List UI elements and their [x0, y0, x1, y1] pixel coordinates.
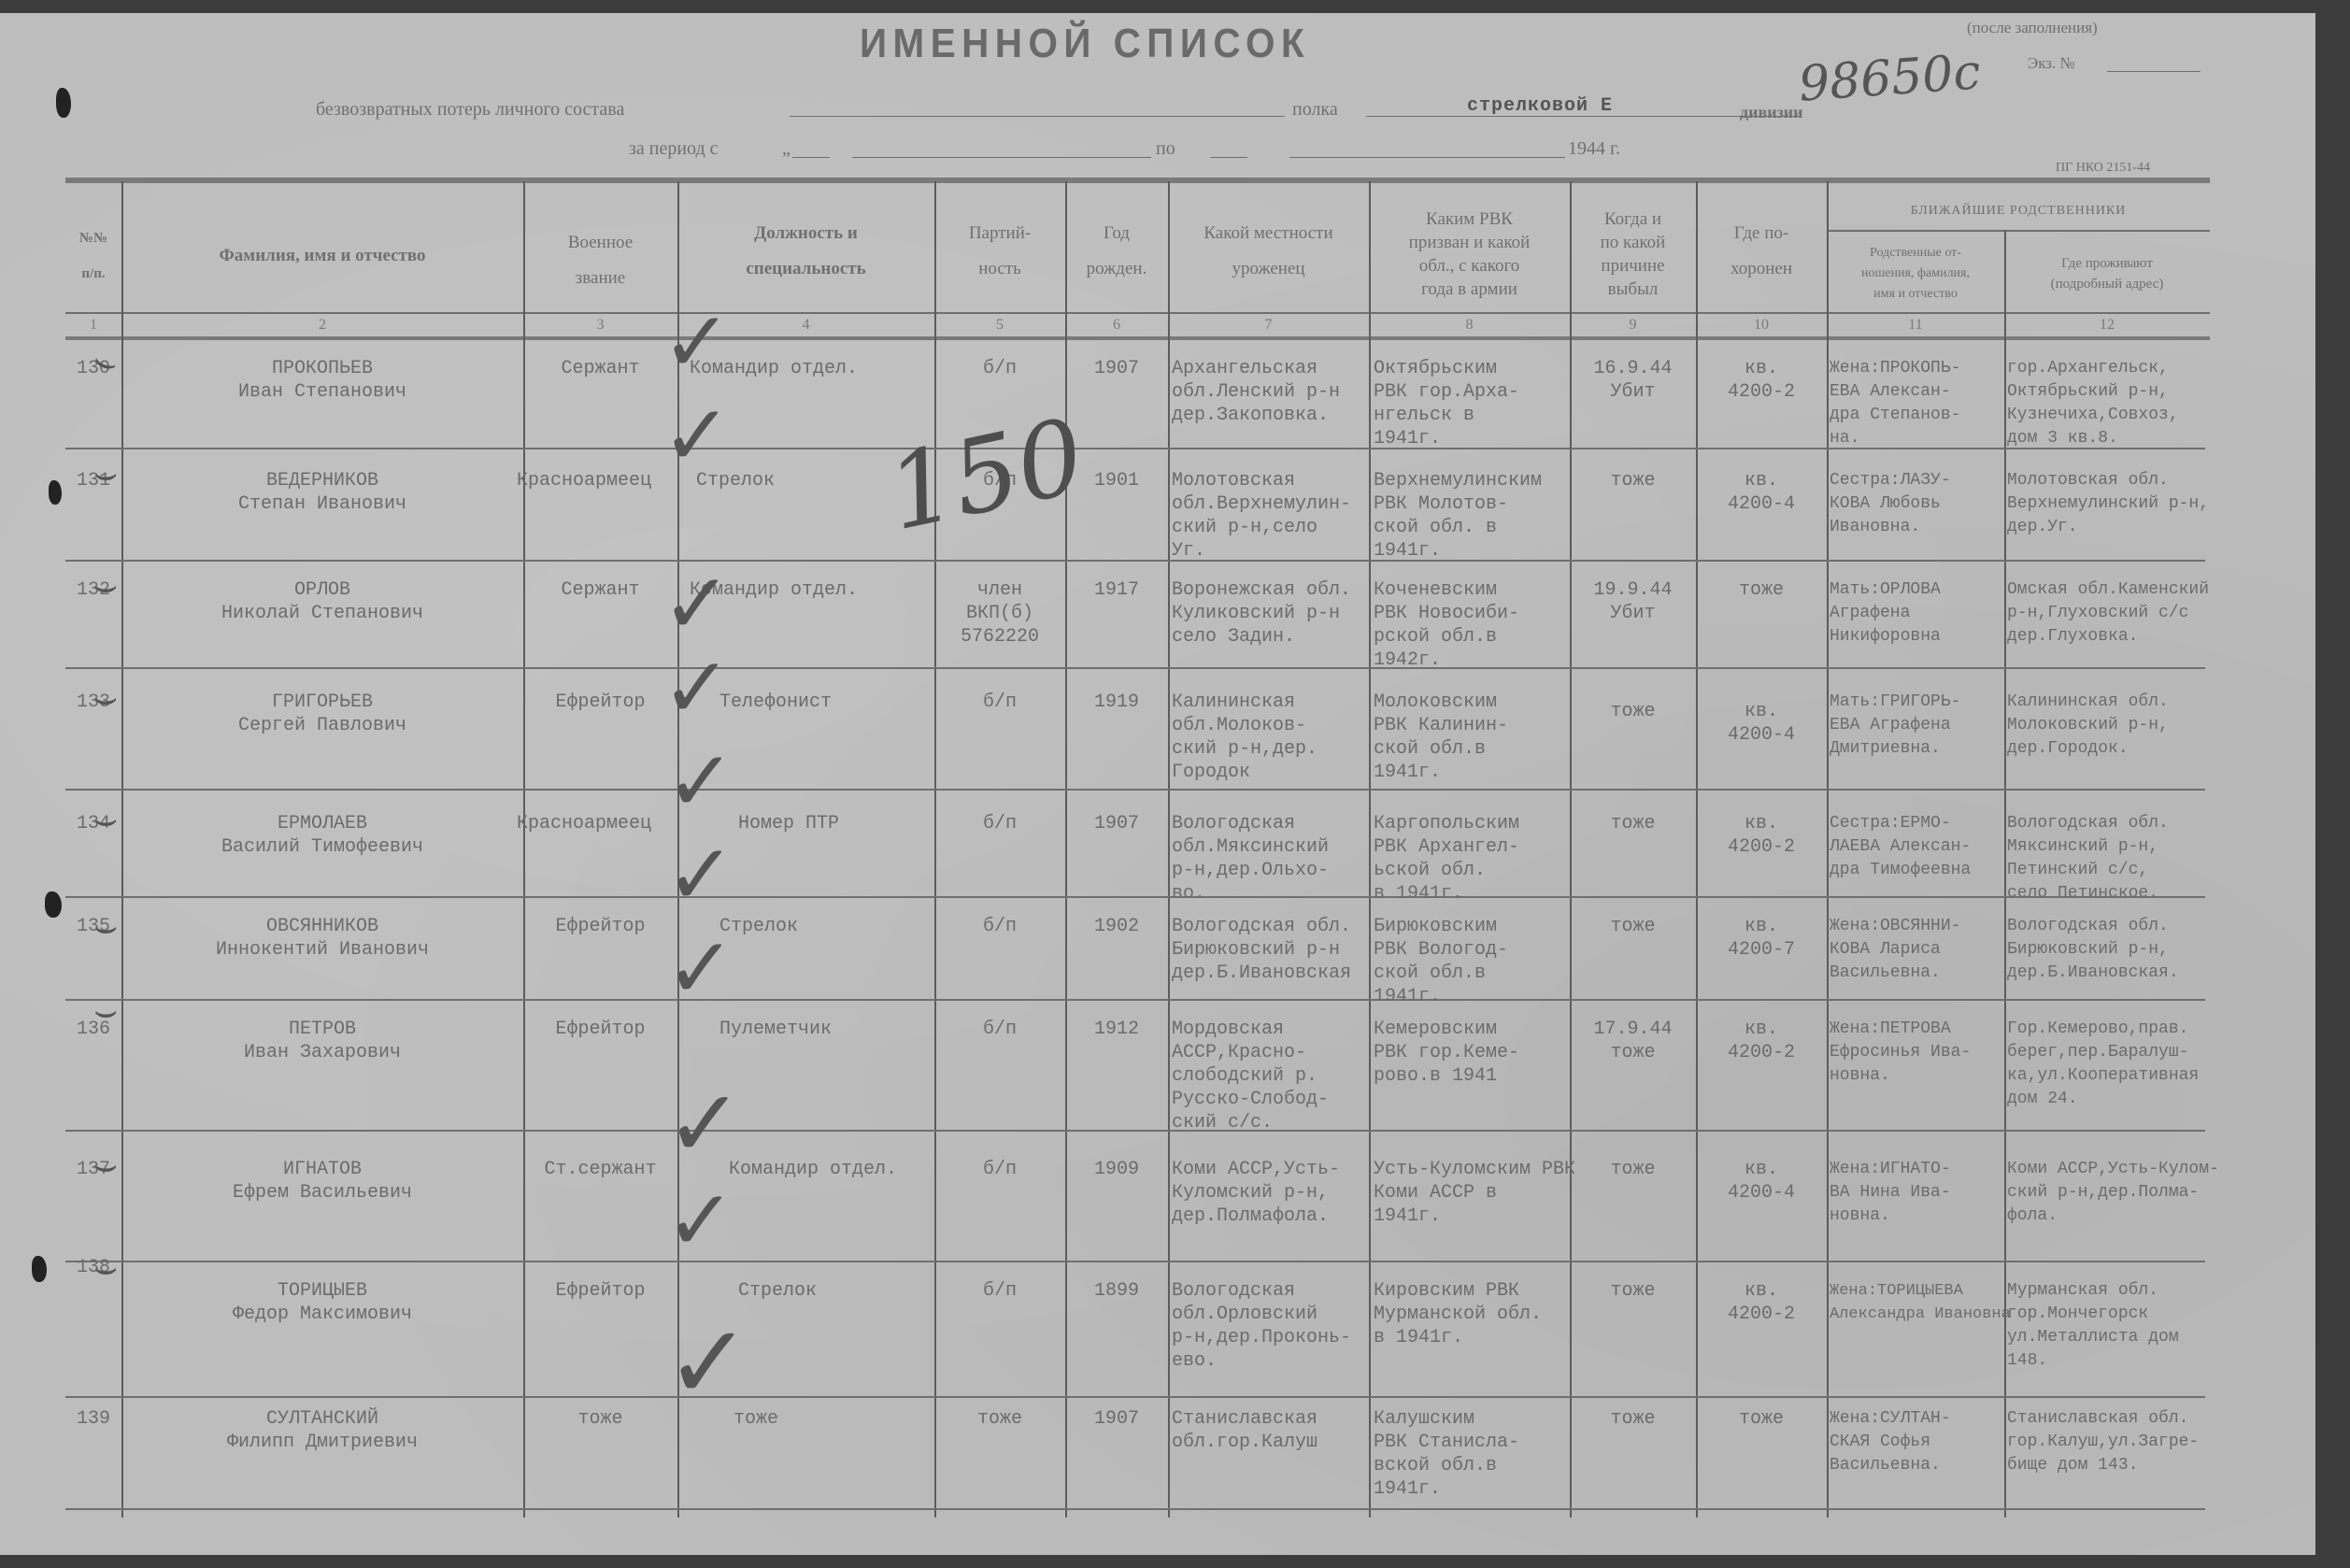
row-when-left: 16.9.44 Убит — [1570, 357, 1696, 404]
col-divider — [1168, 181, 1170, 1518]
header-number: №№ п/п. — [65, 205, 121, 307]
header-text: Год — [1104, 216, 1130, 251]
header-text: №№ — [79, 221, 107, 256]
row-rule — [65, 999, 2205, 1001]
header-text: уроженец — [1232, 251, 1304, 287]
row-relative: Жена:СУЛТАН- СКАЯ Софья Васильевна. — [1830, 1407, 1951, 1477]
column-number: 2 — [121, 317, 523, 334]
header-text: специальность — [746, 251, 865, 287]
row-birth-year: 1899 — [1065, 1279, 1168, 1303]
row-when-left: тоже — [1570, 469, 1696, 492]
margin-tick-icon: ⌣ — [93, 1247, 118, 1290]
period-to-day-line — [1210, 157, 1247, 158]
header-text: причине — [1601, 254, 1664, 278]
row-rule — [65, 789, 2205, 791]
header-text: призван и какой — [1409, 231, 1531, 254]
row-rule — [65, 896, 2205, 898]
header-text: рожден. — [1087, 251, 1147, 287]
row-rule — [65, 1130, 2205, 1132]
col-divider — [934, 181, 936, 1518]
row-rule — [65, 667, 2205, 669]
header-text: Где проживают — [2061, 253, 2153, 274]
row-address: Вологодская обл. Мяксинский р-н, Петинск… — [2007, 812, 2169, 905]
col-divider — [1827, 181, 1829, 1518]
row-when-left: 19.9.44 Убит — [1570, 578, 1696, 625]
row-given-names: Филипп Дмитриевич — [121, 1431, 523, 1454]
column-number: 12 — [2004, 317, 2210, 334]
row-when-left: тоже — [1570, 915, 1696, 938]
header-text: Родственные от- — [1870, 243, 1961, 264]
row-birth-year: 1907 — [1065, 357, 1168, 380]
row-relative: Жена:ТОРИЦЫЕВА Александра Ивановна — [1830, 1279, 2011, 1326]
margin-tick-icon: ⌣ — [93, 990, 118, 1033]
table-top-rule — [65, 178, 2210, 183]
period-to-month-line — [1289, 157, 1565, 158]
row-draft-office: Кемеровским РВК гор.Кеме- рово.в 1941 — [1374, 1018, 1519, 1088]
column-number: 6 — [1065, 317, 1168, 334]
checkmark-icon: ✓ — [665, 1069, 744, 1178]
row-birth-year: 1907 — [1065, 1407, 1168, 1431]
row-birthplace: Коми АССР,Усть- Куломский р-н, дер.Полма… — [1172, 1158, 1340, 1228]
row-number: 139 — [65, 1407, 121, 1431]
header-birthplace: Какой местности уроженец — [1168, 205, 1369, 298]
row-relative: Сестра:ЕРМО- ЛАЕВА Алексан- дра Тимофеев… — [1830, 812, 1971, 882]
row-when-left: тоже — [1570, 700, 1696, 723]
row-relative: Жена:ОВСЯННИ- КОВА Лариса Васильевна. — [1830, 915, 1960, 985]
header-birth-year: Год рожден. — [1065, 205, 1168, 298]
row-rank: Ефрейтор — [523, 915, 677, 938]
row-address: Омская обл.Каменский р-н,Глуховский с/с … — [2007, 578, 2209, 649]
row-draft-office: Коченевским РВК Новосиби- рской обл.в 19… — [1374, 578, 1519, 672]
header-text: Каким РВК — [1426, 207, 1513, 231]
header-text: ношения, фамилия, — [1861, 264, 1970, 284]
row-birthplace: Молотовская обл.Верхнемулин- ский р-н,се… — [1172, 469, 1351, 563]
row-position: Стрелок — [738, 1279, 817, 1303]
row-party: б/п — [934, 1018, 1065, 1041]
header-text: Должность и — [754, 216, 858, 251]
column-number: 3 — [523, 317, 677, 334]
row-party: б/п — [934, 812, 1065, 835]
row-when-left: 17.9.44 тоже — [1570, 1018, 1696, 1064]
row-draft-office: Усть-Куломским РВК Коми АССР в 1941г. — [1374, 1158, 1575, 1228]
row-position: Телефонист — [719, 691, 832, 714]
row-position: Командир отдел. — [729, 1158, 897, 1181]
header-text: Какой местности — [1203, 216, 1332, 251]
row-birth-year: 1917 — [1065, 578, 1168, 602]
row-burial-place: кв. 4200-4 — [1696, 700, 1827, 747]
row-position: Номер ПТР — [738, 812, 839, 835]
row-rank: Ефрейтор — [523, 1279, 677, 1303]
checkmark-icon: ✓ — [662, 639, 732, 737]
header-position: Должность и специальность — [677, 205, 934, 298]
row-address: Станиславская обл. гор.Калуш,ул.Загре- б… — [2007, 1407, 2199, 1477]
row-burial-place: кв. 4200-2 — [1696, 1018, 1827, 1064]
row-relative: Мать:ОРЛОВА Аграфена Никифоровна — [1830, 578, 1941, 649]
column-number: 8 — [1369, 317, 1570, 334]
header-text: хоронен — [1730, 251, 1792, 287]
relatives-group-rule — [1827, 230, 2210, 232]
header-text: года в армии — [1421, 278, 1517, 301]
row-relative: Жена:ИГНАТО- ВА Нина Ива- новна. — [1830, 1158, 1951, 1228]
row-surname: СУЛТАНСКИЙ — [121, 1407, 523, 1431]
row-surname: ЕРМОЛАЕВ — [121, 812, 523, 835]
header-text: по какой — [1601, 231, 1666, 254]
ink-blot — [45, 891, 62, 918]
row-given-names: Федор Максимович — [121, 1303, 523, 1326]
period-label: за период с — [629, 138, 719, 160]
period-to-label: по — [1156, 138, 1175, 160]
row-rank: Ефрейтор — [523, 1018, 677, 1041]
row-burial-place: тоже — [1696, 1407, 1827, 1431]
header-text: звание — [576, 261, 625, 296]
row-party: б/п — [934, 1158, 1065, 1181]
column-number-rule — [65, 336, 2210, 340]
header-text: п/п. — [81, 256, 105, 292]
row-birthplace: Воронежская обл. Куликовский р-н село За… — [1172, 578, 1351, 649]
after-fill-note: (после заполнения) — [1967, 19, 2098, 37]
header-text: Фамилия, имя и отчество — [219, 238, 425, 274]
row-draft-office: Каргопольским РВК Архангел- ьской обл. в… — [1374, 812, 1519, 905]
row-relative: Мать:ГРИГОРЬ- ЕВА Аграфена Дмитриевна. — [1830, 691, 1960, 761]
row-relative: Сестра:ЛАЗУ- КОВА Любовь Ивановна. — [1830, 469, 1951, 539]
ink-blot — [49, 480, 62, 505]
margin-tick-icon: ⌣ — [93, 1144, 118, 1187]
row-surname: ВЕДЕРНИКОВ — [121, 469, 523, 492]
margin-tick-icon: ⌣ — [93, 452, 118, 495]
document-page: ИМЕННОЙ СПИСОК (после заполнения) Экз. №… — [0, 13, 2315, 1555]
header-text: имя и отчество — [1873, 284, 1958, 305]
row-burial-place: кв. 4200-2 — [1696, 812, 1827, 859]
row-birthplace: Станиславская обл.гор.Калуш — [1172, 1407, 1317, 1454]
handwritten-mark-150: 150 — [877, 396, 1094, 554]
row-address: гор.Архангельск, Октябрьский р-н, Кузнеч… — [2007, 357, 2179, 450]
header-text: Партий- — [969, 216, 1031, 251]
row-draft-office: Кировским РВК Мурманской обл. в 1941г. — [1374, 1279, 1542, 1349]
row-burial-place: тоже — [1696, 578, 1827, 602]
header-text: Где по- — [1734, 216, 1788, 251]
period-from-quote: „ — [782, 138, 790, 160]
row-birthplace: Архангельская обл.Ленский р-н дер.Закопо… — [1172, 357, 1340, 427]
losses-fill-line — [790, 116, 1285, 117]
row-burial-place: кв. 4200-2 — [1696, 357, 1827, 404]
margin-tick-icon: ⌣ — [93, 798, 118, 841]
row-rule — [65, 1396, 2205, 1398]
subtitle-losses: безвозвратных потерь личного состава — [316, 99, 624, 121]
checkmark-icon: ✓ — [665, 826, 735, 924]
row-rank: Сержант — [523, 357, 677, 380]
row-relative: Жена:ПЕТРОВА Ефросинья Ива- новна. — [1830, 1018, 1971, 1088]
header-text: (подробный адрес) — [2051, 274, 2164, 294]
checkmark-icon: ✓ — [665, 919, 735, 1018]
header-text: выбыл — [1608, 278, 1659, 301]
row-rank: Ст.сержант — [523, 1158, 677, 1181]
row-surname: ПЕТРОВ — [121, 1018, 523, 1041]
row-rank: Красноармеец — [517, 812, 651, 835]
document-title: ИМЕННОЙ СПИСОК — [860, 21, 1310, 67]
row-burial-place: кв. 4200-7 — [1696, 915, 1827, 962]
col-divider — [1065, 181, 1067, 1518]
row-address: Вологодская обл. Бирюковский р-н, дер.Б.… — [2007, 915, 2179, 985]
row-address: Калининская обл. Молоковский р-н, дер.Го… — [2007, 691, 2169, 761]
header-relative-name: Родственные от- ношения, фамилия, имя и … — [1827, 237, 2004, 310]
row-birthplace: Вологодская обл.Орловский р-н,дер.Прокон… — [1172, 1279, 1351, 1373]
header-when-left: Когда и по какой причине выбыл — [1570, 200, 1696, 307]
row-address: Коми АССР,Усть-Кулом- ский р-н,дер.Полма… — [2007, 1158, 2219, 1228]
row-draft-office: Молоковским РВК Калинин- ской обл.в 1941… — [1374, 691, 1508, 784]
division-stamp: стрелковой Е — [1467, 95, 1613, 117]
row-given-names: Иван Степанович — [121, 380, 523, 404]
column-number: 1 — [65, 317, 121, 334]
row-draft-office: Калушским РВК Станисла- вской обл.в 1941… — [1374, 1407, 1519, 1501]
row-surname: ТОРИЦЫЕВ — [121, 1279, 523, 1303]
row-address: Молотовская обл. Верхнемулинский р-н, де… — [2007, 469, 2209, 539]
row-draft-office: Октябрьским РВК гор.Арха- нгельск в 1941… — [1374, 357, 1519, 450]
row-surname: ОРЛОВ — [121, 578, 523, 602]
row-birthplace: Мордовская АССР,Красно- слободский р. Ру… — [1172, 1018, 1329, 1134]
row-address: Гор.Кемерово,прав. берег,пер.Баралуш- ка… — [2007, 1018, 2199, 1111]
header-burial-place: Где по- хоронен — [1696, 205, 1827, 298]
row-given-names: Степан Иванович — [121, 492, 523, 516]
row-when-left: тоже — [1570, 1279, 1696, 1303]
header-full-name: Фамилия, имя и отчество — [121, 205, 523, 307]
row-birth-year: 1907 — [1065, 812, 1168, 835]
header-text: Военное — [568, 225, 633, 261]
row-burial-place: кв. 4200-4 — [1696, 469, 1827, 516]
margin-tick-icon: ⌣ — [93, 564, 118, 607]
column-number: 5 — [934, 317, 1065, 334]
row-rule — [65, 1261, 2205, 1262]
checkmark-icon: ✓ — [665, 1303, 751, 1422]
checkmark-icon: ✓ — [662, 293, 732, 392]
header-bottom-rule — [65, 312, 2210, 314]
ink-blot — [56, 88, 71, 118]
checkmark-icon: ✓ — [665, 733, 735, 831]
row-when-left: тоже — [1570, 812, 1696, 835]
row-when-left: тоже — [1570, 1407, 1696, 1431]
row-party: б/п — [934, 357, 1065, 380]
row-surname: ПРОКОПЬЕВ — [121, 357, 523, 380]
header-text: ность — [978, 251, 1021, 287]
row-burial-place: кв. 4200-2 — [1696, 1279, 1827, 1326]
column-number: 7 — [1168, 317, 1369, 334]
handwritten-archive-number: 98650с — [1797, 44, 1982, 112]
row-given-names: Сергей Павлович — [121, 714, 523, 737]
row-birth-year: 1919 — [1065, 691, 1168, 714]
row-given-names: Иван Захарович — [121, 1041, 523, 1064]
regiment-label: полка — [1292, 99, 1338, 121]
row-given-names: Ефрем Васильевич — [121, 1181, 523, 1205]
row-surname: ИГНАТОВ — [121, 1158, 523, 1181]
row-draft-office: Верхнемулинским РВК Молотов- ской обл. в… — [1374, 469, 1542, 563]
row-rank: тоже — [523, 1407, 677, 1431]
row-given-names: Иннокентий Иванович — [121, 938, 523, 962]
row-party: б/п — [934, 915, 1065, 938]
ink-blot — [32, 1256, 47, 1282]
row-draft-office: Бирюковским РВК Вологод- ской обл.в 1941… — [1374, 915, 1508, 1008]
period-month-line — [852, 157, 1151, 158]
row-surname: ГРИГОРЬЕВ — [121, 691, 523, 714]
row-when-left: тоже — [1570, 1158, 1696, 1181]
header-military-rank: Военное звание — [523, 214, 677, 307]
header-text: обл., с какого — [1419, 254, 1520, 278]
copy-number-label: Экз. № — [2028, 54, 2075, 73]
row-relative: Жена:ПРОКОПЬ- ЕВА Алексан- дра Степанов-… — [1830, 357, 1960, 450]
row-position: Пулеметчик — [719, 1018, 832, 1041]
period-year: 1944 г. — [1568, 138, 1620, 160]
row-birthplace: Вологодская обл. Бирюковский р-н дер.Б.И… — [1172, 915, 1351, 985]
header-relatives-group: БЛИЖАЙШИЕ РОДСТВЕННИКИ — [1827, 196, 2210, 226]
row-birth-year: 1902 — [1065, 915, 1168, 938]
row-party: б/п — [934, 1279, 1065, 1303]
row-burial-place: кв. 4200-4 — [1696, 1158, 1827, 1205]
column-number: 9 — [1570, 317, 1696, 334]
header-text: БЛИЖАЙШИЕ РОДСТВЕННИКИ — [1911, 201, 2127, 221]
row-birthplace: Калининская обл.Молоков- ский р-н,дер. Г… — [1172, 691, 1317, 784]
copy-number-line — [2107, 71, 2200, 72]
checkmark-icon: ✓ — [665, 1172, 735, 1270]
row-rank: Красноармеец — [517, 469, 651, 492]
checkmark-icon: ✓ — [662, 387, 732, 485]
row-given-names: Николай Степанович — [121, 602, 523, 625]
col-divider — [523, 181, 525, 1518]
header-draft-office: Каким РВК призван и какой обл., с какого… — [1369, 200, 1570, 307]
row-rule — [65, 560, 2205, 562]
col-divider — [1369, 181, 1371, 1518]
row-surname: ОВСЯННИКОВ — [121, 915, 523, 938]
row-rank: Ефрейтор — [523, 691, 677, 714]
form-code: ПГ НКО 2151-44 — [2056, 161, 2150, 176]
row-address: Мурманская обл. гор.Мончегорск ул.Металл… — [2007, 1279, 2179, 1373]
header-party: Партий- ность — [934, 205, 1065, 298]
column-number: 11 — [1827, 317, 2004, 334]
row-party: член ВКП(б) 5762220 — [934, 578, 1065, 649]
period-day-line — [792, 157, 830, 158]
header-relative-address: Где проживают (подробный адрес) — [2004, 237, 2210, 310]
margin-tick-icon: ⌣ — [93, 677, 118, 720]
row-rank: Сержант — [523, 578, 677, 602]
row-party: тоже — [934, 1407, 1065, 1431]
margin-tick-icon: ⌣ — [93, 905, 118, 948]
row-birth-year: 1909 — [1065, 1158, 1168, 1181]
row-birth-year: 1912 — [1065, 1018, 1168, 1041]
header-text: Когда и — [1604, 207, 1661, 231]
row-party: б/п — [934, 691, 1065, 714]
column-number: 10 — [1696, 317, 1827, 334]
row-given-names: Василий Тимофеевич — [121, 835, 523, 859]
table-bottom-rule — [65, 1508, 2205, 1510]
division-label: дивизии — [1740, 103, 1803, 122]
row-birthplace: Вологодская обл.Мяксинский р-н,дер.Ольхо… — [1172, 812, 1329, 905]
